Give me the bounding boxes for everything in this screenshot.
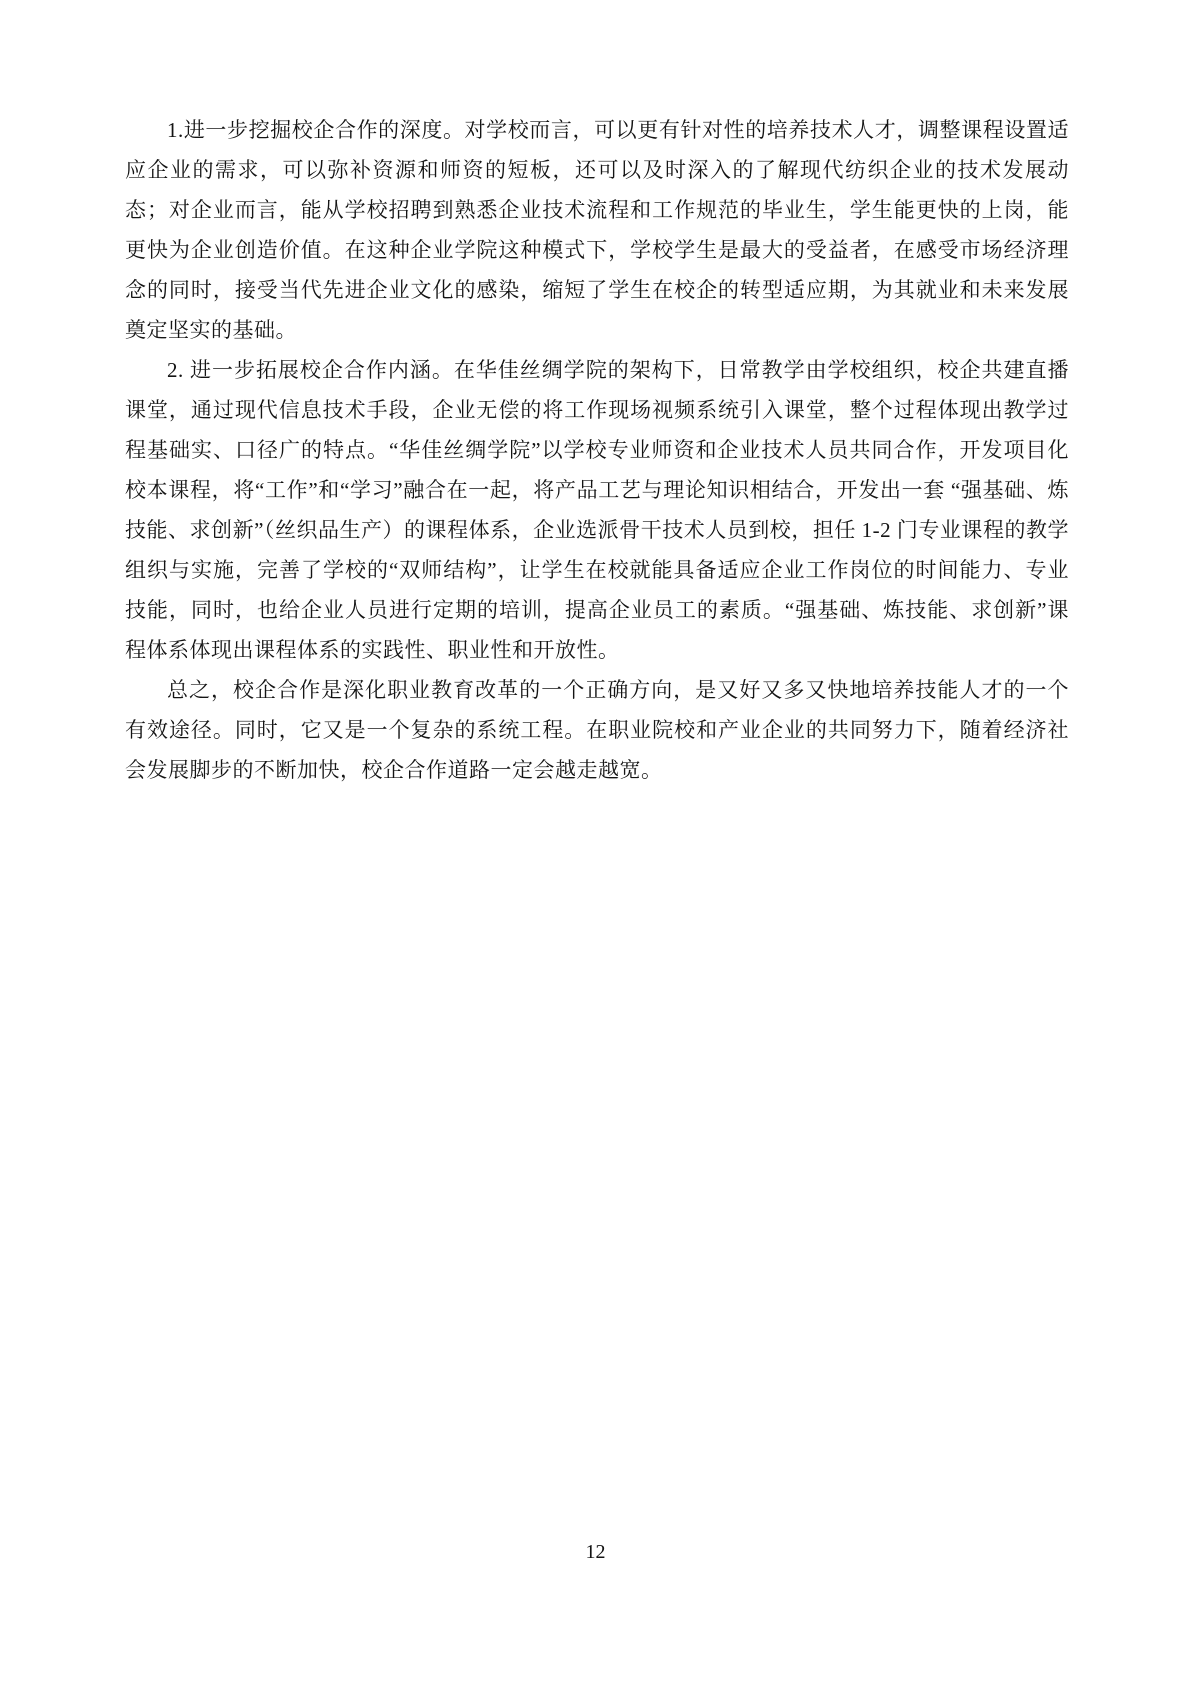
paragraph-3: 总之，校企合作是深化职业教育改革的一个正确方向，是又好又多又快地培养技能人才的一… [125,670,1069,790]
document-page: 1.进一步挖掘校企合作的深度。对学校而言，可以更有针对性的培养技术人才，调整课程… [0,0,1191,1684]
document-body: 1.进一步挖掘校企合作的深度。对学校而言，可以更有针对性的培养技术人才，调整课程… [125,110,1069,790]
page-number: 12 [0,1540,1191,1564]
paragraph-2: 2. 进一步拓展校企合作内涵。在华佳丝绸学院的架构下，日常教学由学校组织，校企共… [125,350,1069,670]
paragraph-1: 1.进一步挖掘校企合作的深度。对学校而言，可以更有针对性的培养技术人才，调整课程… [125,110,1069,350]
